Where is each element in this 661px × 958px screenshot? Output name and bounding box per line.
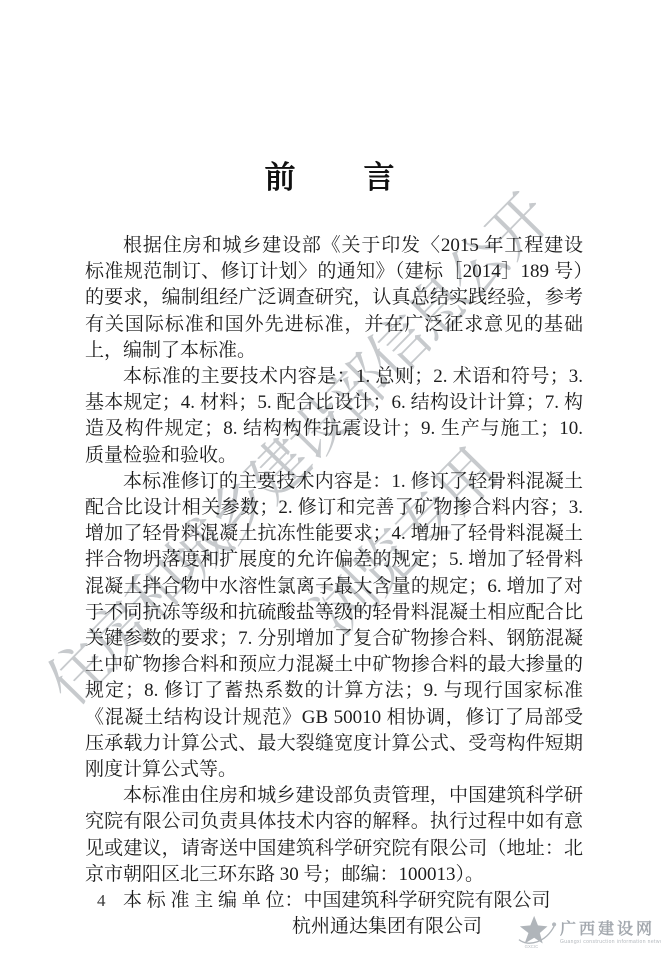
- paragraph-3: 本标准修订的主要技术内容是：1. 修订了轻骨料混凝土配合比设计相关参数；2. 修…: [85, 469, 583, 783]
- paragraph-4: 本标准由住房和城乡建设部负责管理，中国建筑科学研究院有限公司负责具体技术内容的解…: [85, 783, 583, 888]
- logo-text: 广西建设网 Guangxi construction information n…: [560, 921, 661, 945]
- svg-text:GXCIC: GXCIC: [525, 944, 539, 949]
- chief-editor-label: 本 标 准 主 编 单 位：: [123, 890, 304, 911]
- paragraph-2: 本标准的主要技术内容是：1. 总则；2. 术语和符号；3. 基本规定；4. 材料…: [85, 364, 583, 469]
- body-text: 根据住房和城乡建设部《关于印发〈2015 年工程建设标准规范制订、修订计划〉的通…: [85, 233, 583, 940]
- chief-editor-org-1: 中国建筑科学研究院有限公司: [304, 890, 551, 911]
- logo-tagline: Guangxi construction information network: [560, 939, 661, 945]
- paragraph-1: 根据住房和城乡建设部《关于印发〈2015 年工程建设标准规范制订、修订计划〉的通…: [85, 233, 583, 364]
- site-logo: GXCIC 广西建设网 Guangxi construction informa…: [516, 914, 661, 952]
- chief-editor-org-2: 杭州通达集团有限公司: [85, 914, 583, 940]
- page-title: 前 言: [0, 152, 661, 197]
- star-swoosh-icon: GXCIC: [516, 914, 558, 952]
- page-number: 4: [97, 891, 106, 911]
- document-page: 住房和城乡建设部信息公开 浏览专用 前 言 根据住房和城乡建设部《关于印发〈20…: [0, 0, 661, 958]
- chief-editor-line: 本 标 准 主 编 单 位：中国建筑科学研究院有限公司: [85, 888, 583, 914]
- logo-site-name: 广西建设网: [560, 921, 661, 939]
